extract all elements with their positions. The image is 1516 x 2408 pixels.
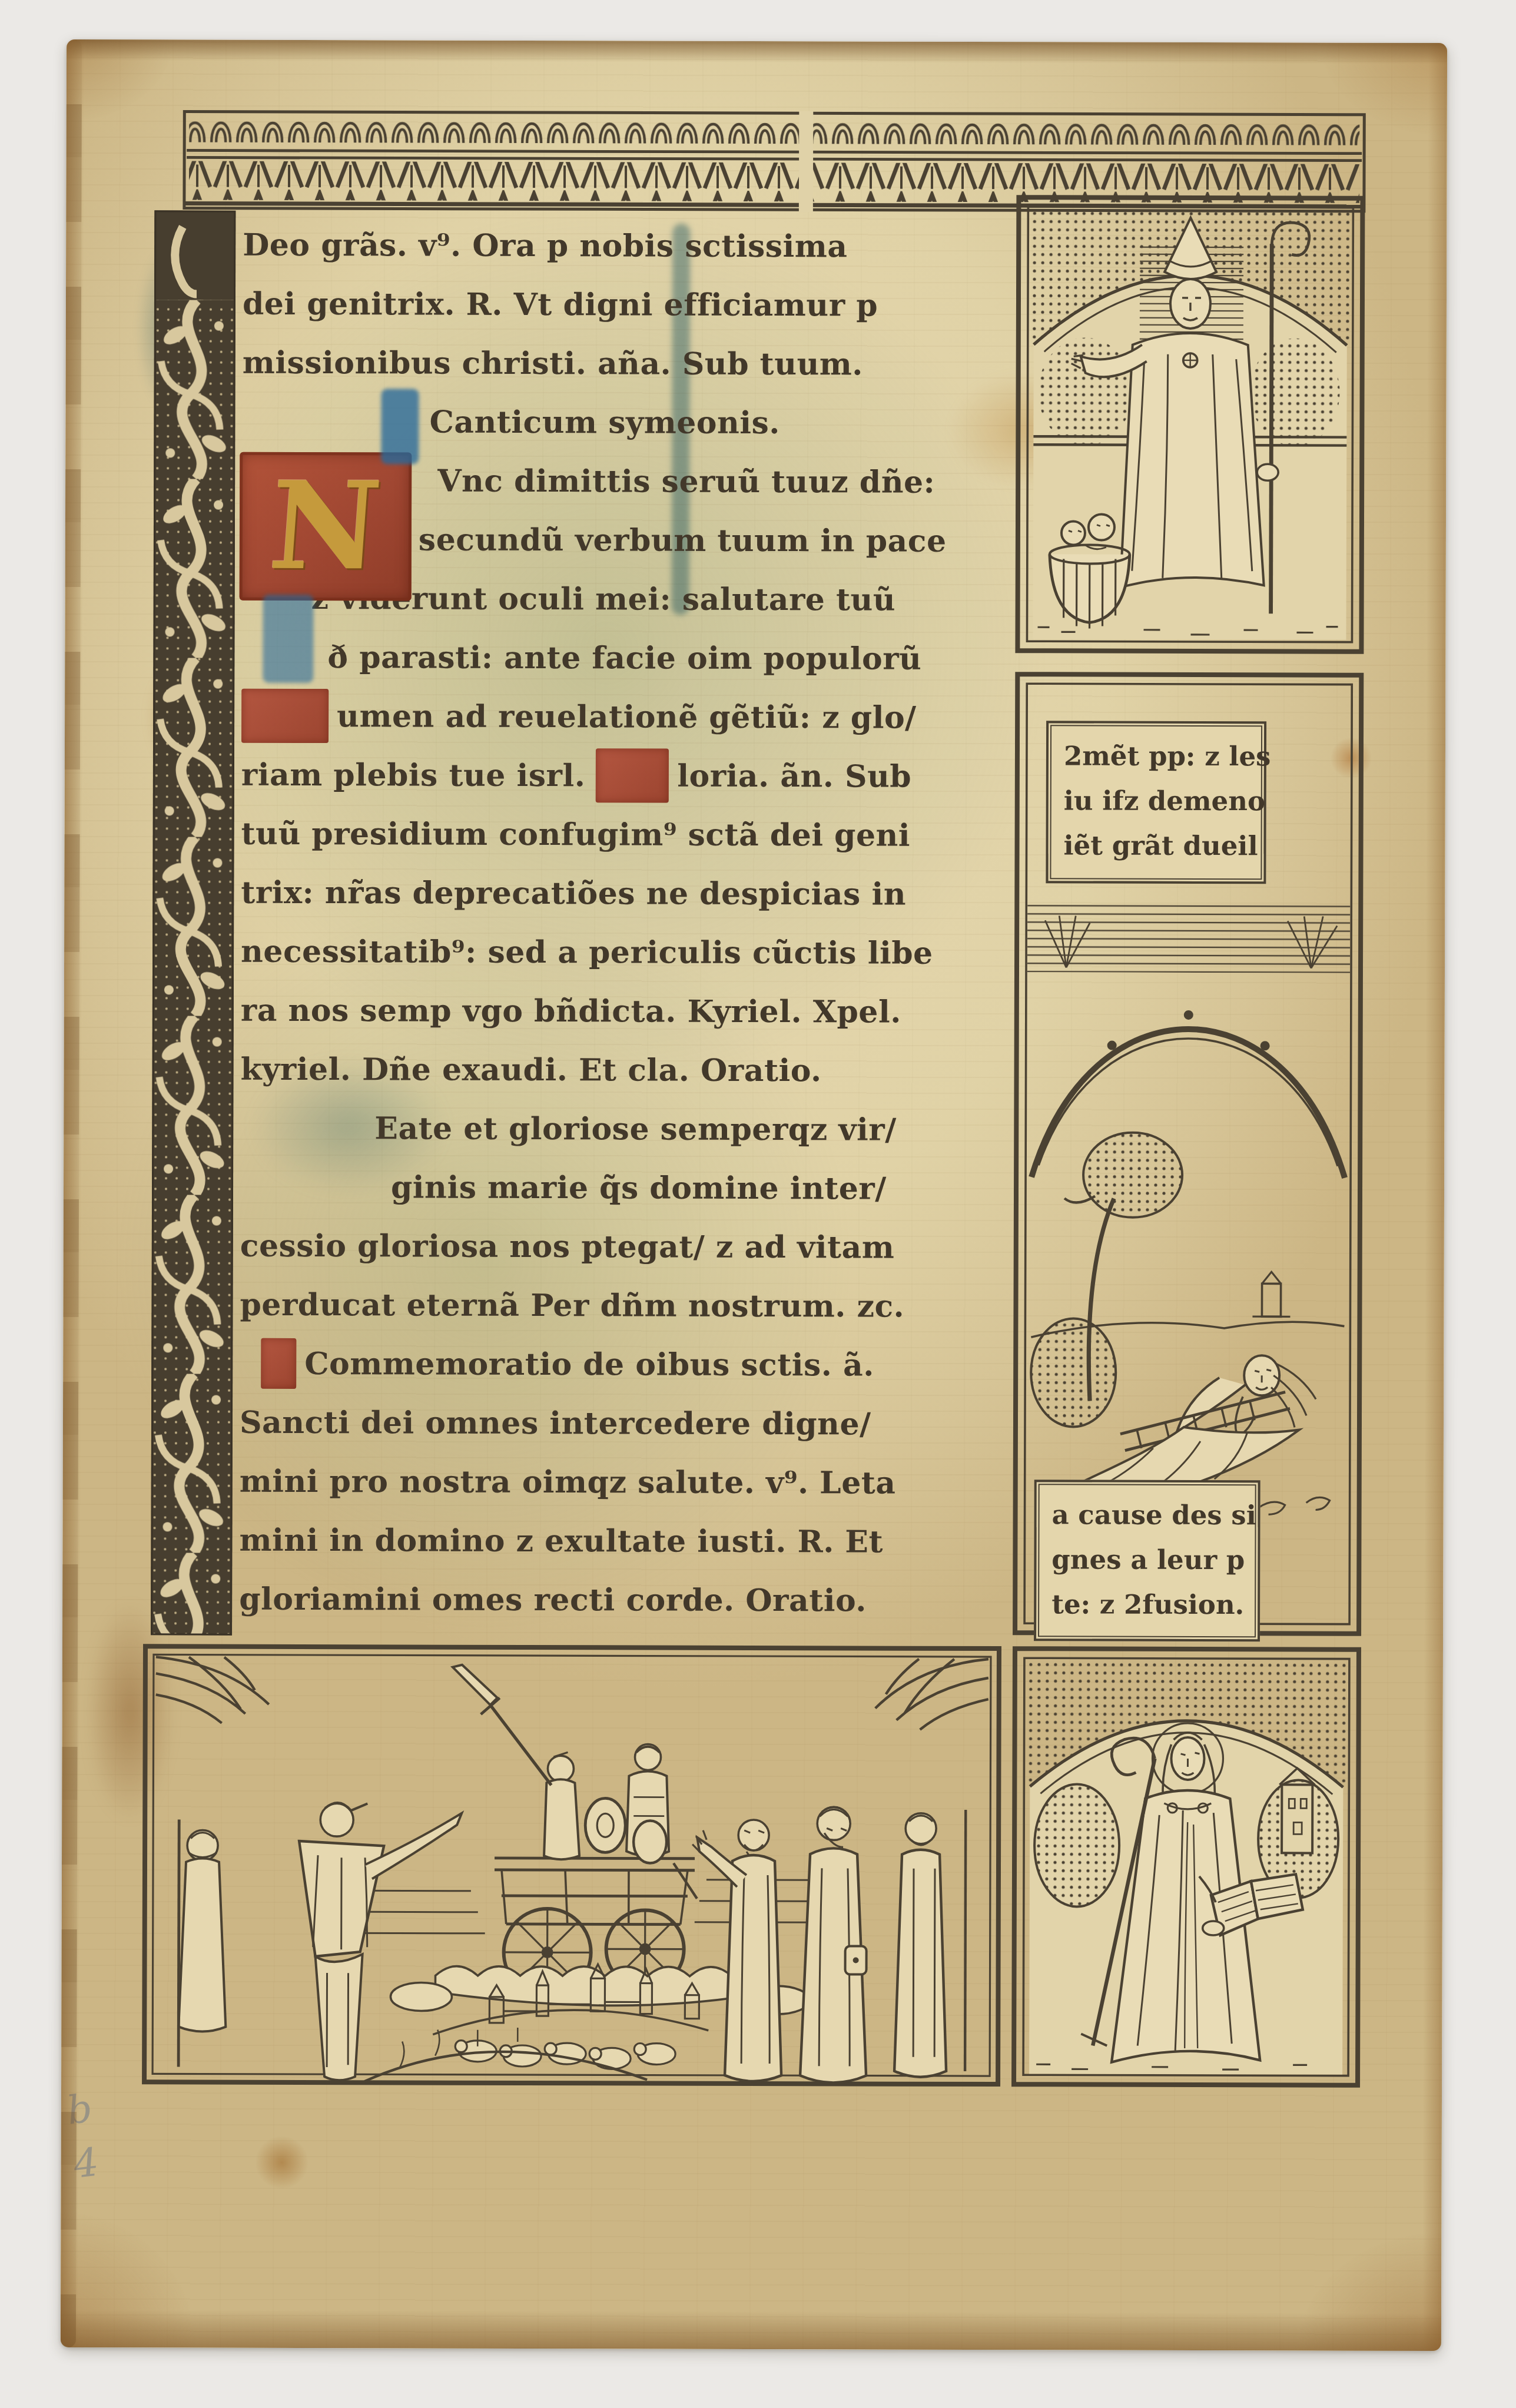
blue-paraph-mark xyxy=(381,389,419,464)
caption-line: te: z 2fusion. xyxy=(1051,1582,1252,1627)
red-painted-initial-space xyxy=(241,688,329,742)
text-line: umen ad reuelationẽ gẽtiũ: z glo/ xyxy=(241,688,1019,748)
text-line: ginis marie q̃s domine inter/ xyxy=(240,1159,1017,1219)
text-line: mini in domino z exultate iusti. R. Et xyxy=(239,1512,1016,1573)
caption-line: 2mẽt pp: z les xyxy=(1064,734,1258,779)
chariot-vision-woodcut xyxy=(141,1643,1003,2088)
text-line-canticum-heading: Canticum symeonis. xyxy=(242,393,1019,454)
tattered-left-edge xyxy=(61,39,82,2347)
floral-border-ornament xyxy=(151,210,235,1635)
text-line: perducat eternã Per dñm nostrum. zc. xyxy=(240,1276,1017,1337)
text-line-fragment: loria. ãn. Sub xyxy=(677,758,911,795)
text-line: gloriamini omes recti corde. Oratio. xyxy=(239,1571,1016,1631)
pencil-inscription: b 4 xyxy=(64,2081,102,2192)
red-painted-initial-space xyxy=(596,748,669,802)
blue-paint-smudge xyxy=(263,595,313,683)
text-line: kyriel. Dñe exaudi. Et cla. Oratio. xyxy=(240,1041,1017,1102)
illuminated-initial: N xyxy=(240,452,412,601)
text-line: ra nos semp vgo bñdicta. Kyriel. Xpel. xyxy=(241,982,1018,1043)
caption-line: a cause des si xyxy=(1051,1492,1252,1538)
caption-line: gnes a leur p xyxy=(1051,1537,1252,1583)
caption-line: iẽt grãt dueil xyxy=(1063,823,1258,868)
text-line: ð parasti: ante facie oim populorũ xyxy=(241,629,1019,689)
red-paraph-mark xyxy=(261,1338,296,1388)
text-line-fragment: riam plebis tue isrl. xyxy=(241,757,586,794)
bishop-saint-woodcut xyxy=(1014,194,1366,655)
left-woodcut-border xyxy=(151,210,235,1635)
woodcut-panel-chariot-vision xyxy=(141,1643,1003,2088)
text-line: Eate et gloriose semperqz vir/ xyxy=(240,1100,1017,1160)
parchment-leaf: Deo grãs. v⁹. Ora p nobis sctissima dei … xyxy=(61,39,1447,2351)
text-line: Commemoratio de oibus sctis. ã. xyxy=(240,1335,1017,1396)
pencil-char: b xyxy=(64,2081,95,2138)
photograph-of-leaf: Deo grãs. v⁹. Ora p nobis sctissima dei … xyxy=(0,0,1516,2408)
text-line: dei genitrix. R. Vt digni efficiamur p xyxy=(243,276,1020,336)
woodcut-panel-bishop-saint xyxy=(1014,194,1366,655)
latin-text-block: Deo grãs. v⁹. Ora p nobis sctissima dei … xyxy=(239,217,1020,1631)
woodcut-panel-mourning-scene: 2mẽt pp: z les iu ifz demeno iẽt grãt du… xyxy=(1011,671,1365,1637)
text-line-fragment: umen ad reuelationẽ gẽtiũ: z glo/ xyxy=(337,698,917,736)
text-line: cessio gloriosa nos ptegat/ z ad vitam xyxy=(240,1218,1017,1278)
woodcut-panel-abbess-saint xyxy=(1010,1645,1362,2089)
text-line: necessitatib⁹: sed a periculis cũctis li… xyxy=(241,923,1018,984)
text-line: Deo grãs. v⁹. Ora p nobis sctissima xyxy=(243,217,1020,277)
caption-box-top: 2mẽt pp: z les iu ifz demeno iẽt grãt du… xyxy=(1046,721,1266,884)
fox-spot xyxy=(256,2136,308,2189)
text-line: mini pro nostra oimqz salute. v⁹. Leta xyxy=(240,1453,1017,1514)
text-line: Sancti dei omnes intercedere digne/ xyxy=(240,1394,1017,1455)
abbess-saint-woodcut xyxy=(1010,1645,1362,2089)
caption-box-bottom: a cause des si gnes a leur p te: z 2fusi… xyxy=(1034,1480,1260,1641)
text-line: riam plebis tue isrl.loria. ãn. Sub xyxy=(241,747,1019,807)
text-line: trix: nr̃as deprecatiões ne despicias in xyxy=(241,864,1018,925)
caption-line: iu ifz demeno xyxy=(1064,778,1258,824)
text-line-fragment: Commemoratio de oibus sctis. ã. xyxy=(304,1346,874,1384)
initial-letter: N xyxy=(266,466,385,586)
text-line: tuũ presidium confugim⁹ sctã dei geni xyxy=(241,805,1018,866)
text-line: missionibus christi. aña. Sub tuum. xyxy=(243,334,1020,395)
pencil-char: 4 xyxy=(71,2135,102,2192)
